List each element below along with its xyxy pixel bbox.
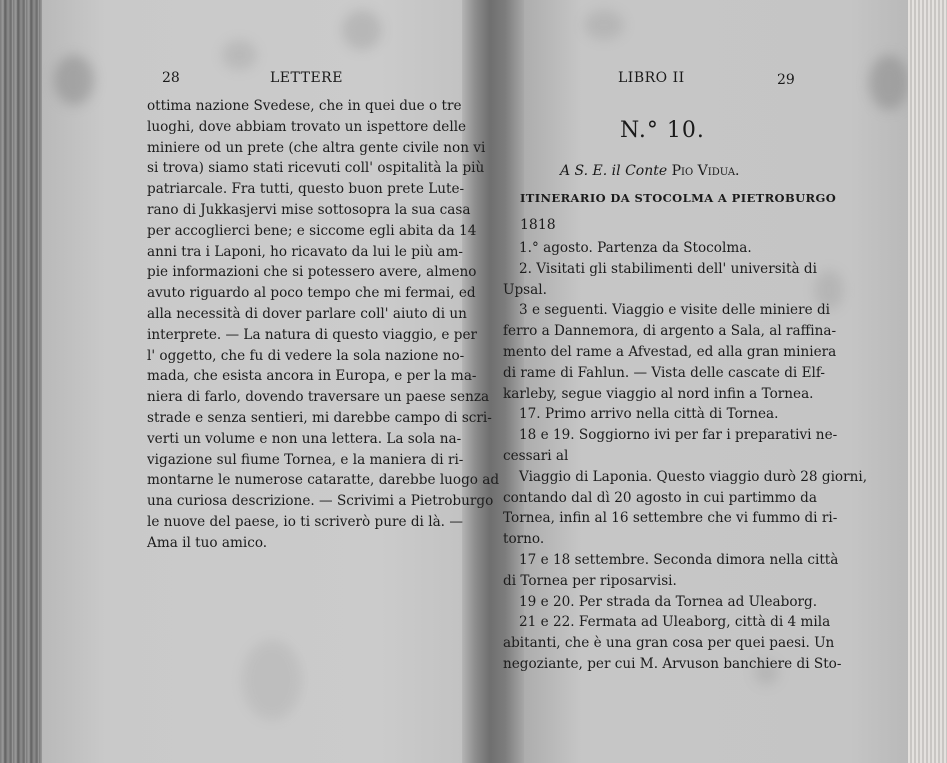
- itinerary-year: 1818: [520, 217, 556, 233]
- addressee-title: A S. E. il Conte: [560, 163, 667, 179]
- text-line: si trova) siamo stati ricevuti coll' osp…: [147, 158, 458, 179]
- page-edges: [0, 0, 42, 763]
- text-line: strade e senza sentieri, mi darebbe camp…: [147, 408, 458, 429]
- letter-addressee: A S. E. il Conte Pio Vidua.: [560, 163, 740, 179]
- itinerary-line: 19 e 20. Per strada da Tornea ad Uleabor…: [503, 592, 817, 613]
- itinerary-line: karleby, segue viaggio al nord infin a T…: [503, 384, 817, 405]
- text-line: montarne le numerose cataratte, darebbe …: [147, 470, 458, 491]
- text-line: vigazione sul fiume Tornea, e la maniera…: [147, 450, 458, 471]
- text-line: ottima nazione Svedese, che in quei due …: [147, 96, 458, 117]
- text-line: le nuove del paese, io ti scriverò pure …: [147, 512, 458, 533]
- itinerary-line: negoziante, per cui M. Arvuson banchiere…: [503, 654, 817, 675]
- text-line: rano di Jukkasjervi mise sottosopra la s…: [147, 200, 458, 221]
- text-line: miniere od un prete (che altra gente civ…: [147, 138, 458, 159]
- right-running-header: LIBRO II: [618, 70, 685, 86]
- itinerary-line: 17 e 18 settembre. Seconda dimora nella …: [503, 550, 817, 571]
- text-line: avuto riguardo al poco tempo che mi ferm…: [147, 283, 458, 304]
- itinerary-line: Viaggio di Laponia. Questo viaggio durò …: [503, 467, 817, 488]
- itinerary-line: contando dal dì 20 agosto in cui partimm…: [503, 488, 817, 509]
- text-line: verti un volume e non una lettera. La so…: [147, 429, 458, 450]
- text-line: interprete. — La natura di questo viaggi…: [147, 325, 458, 346]
- foxing-stain: [54, 55, 94, 105]
- itinerary-line: di rame di Fahlun. — Vista delle cascate…: [503, 363, 817, 384]
- section-title: ITINERARIO DA STOCOLMA A PIETROBURGO: [520, 191, 836, 205]
- itinerary-line: 1.° agosto. Partenza da Stocolma.: [503, 238, 817, 259]
- foxing-stain: [222, 40, 257, 70]
- text-line: anni tra i Laponi, ho ricavato da lui le…: [147, 242, 458, 263]
- left-page-body: ottima nazione Svedese, che in quei due …: [147, 96, 458, 554]
- right-page-number: 29: [777, 72, 795, 88]
- foxing-stain: [242, 640, 302, 720]
- itinerary-line: 2. Visitati gli stabilimenti dell' unive…: [503, 259, 817, 280]
- itinerary-line: ferro a Dannemora, di argento a Sala, al…: [503, 321, 817, 342]
- text-line: mada, che esista ancora in Europa, e per…: [147, 366, 458, 387]
- itinerary-line: 3 e seguenti. Viaggio e visite delle min…: [503, 300, 817, 321]
- text-line: niera di farlo, dovendo traversare un pa…: [147, 387, 458, 408]
- right-page-body: 1.° agosto. Partenza da Stocolma.2. Visi…: [503, 238, 817, 675]
- left-page-number: 28: [162, 70, 180, 86]
- itinerary-line: cessari al: [503, 446, 817, 467]
- addressee-name: Pio Vidua.: [672, 163, 740, 179]
- foxing-stain: [342, 10, 382, 50]
- itinerary-line: Upsal.: [503, 280, 817, 301]
- viewer-side-strip: [908, 0, 947, 763]
- text-line: alla necessità di dover parlare coll' ai…: [147, 304, 458, 325]
- itinerary-line: abitanti, che è una gran cosa per quei p…: [503, 633, 817, 654]
- text-line: una curiosa descrizione. — Scrivimi a Pi…: [147, 491, 458, 512]
- itinerary-line: 18 e 19. Soggiorno ivi per far i prepara…: [503, 425, 817, 446]
- text-line: patriarcale. Fra tutti, questo buon pret…: [147, 179, 458, 200]
- text-line: Ama il tuo amico.: [147, 533, 458, 554]
- itinerary-line: 21 e 22. Fermata ad Uleaborg, città di 4…: [503, 612, 817, 633]
- itinerary-line: 17. Primo arrivo nella città di Tornea.: [503, 404, 817, 425]
- text-line: per accoglierci bene; e siccome egli abi…: [147, 221, 458, 242]
- itinerary-line: di Tornea per riposarvisi.: [503, 571, 817, 592]
- text-line: luoghi, dove abbiam trovato un ispettore…: [147, 117, 458, 138]
- itinerary-line: mento del rame a Afvestad, ed alla gran …: [503, 342, 817, 363]
- itinerary-line: torno.: [503, 529, 817, 550]
- left-running-header: LETTERE: [270, 70, 343, 86]
- text-line: l' oggetto, che fu di vedere la sola naz…: [147, 346, 458, 367]
- letter-number-heading: N.° 10.: [620, 118, 705, 143]
- text-line: pie informazioni che si potessero avere,…: [147, 262, 458, 283]
- book-scan: 28 LETTERE ottima nazione Svedese, che i…: [0, 0, 908, 763]
- foxing-stain: [584, 10, 624, 40]
- itinerary-line: Tornea, infin al 16 settembre che vi fum…: [503, 508, 817, 529]
- foxing-stain: [869, 55, 908, 110]
